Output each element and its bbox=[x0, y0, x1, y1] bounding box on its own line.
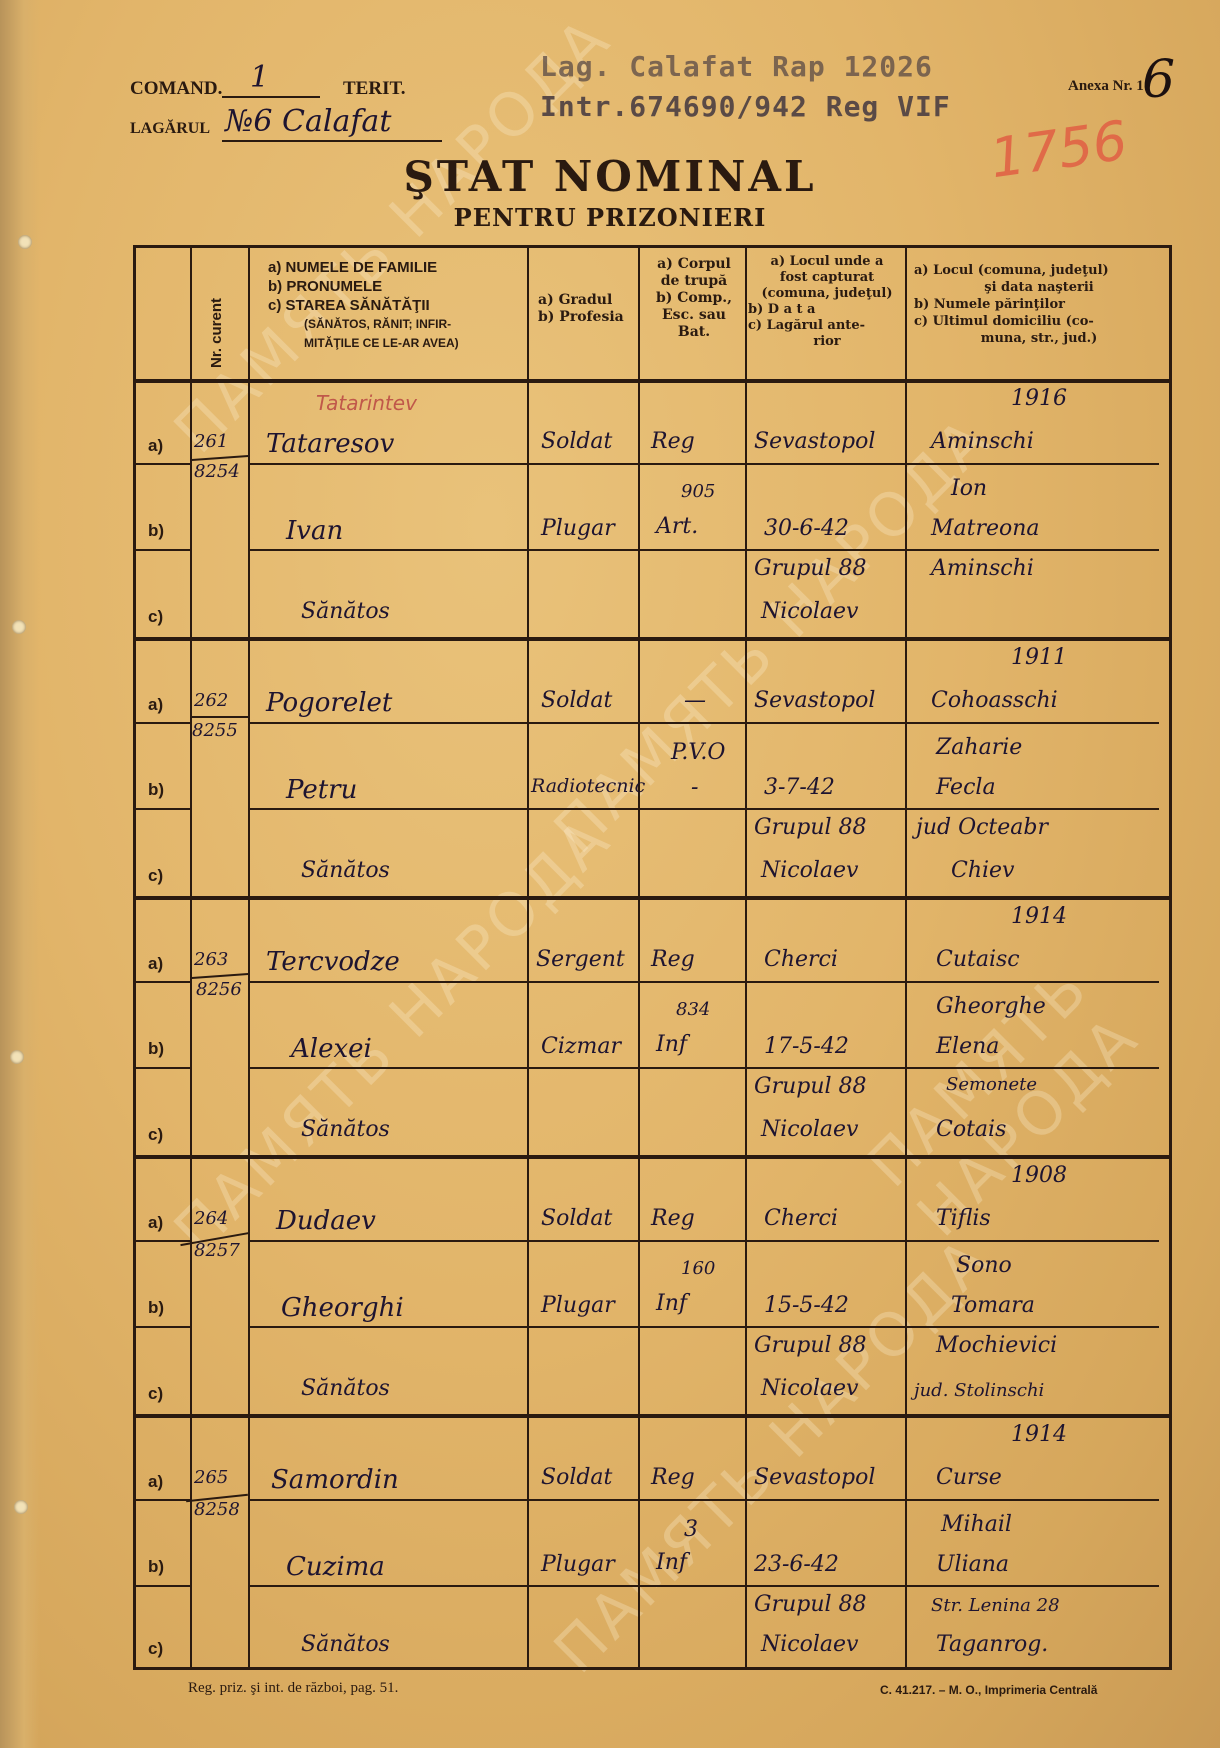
paper-edge bbox=[0, 0, 40, 1748]
registry-number: 8258 bbox=[194, 1499, 240, 1520]
surname-correction: Tatarintev bbox=[316, 391, 417, 415]
previous-camp-location: Nicolaev bbox=[761, 1117, 858, 1142]
header-line: muna, str., jud.) bbox=[914, 330, 1164, 347]
surname: Tataresov bbox=[266, 429, 394, 459]
profession: Cizmar bbox=[541, 1034, 621, 1059]
unit-a: Reg bbox=[651, 1465, 695, 1490]
sub-row-divider bbox=[136, 1585, 190, 1587]
capture-place: Sevastopol bbox=[754, 688, 875, 713]
header-line: (comuna, judeţul) bbox=[748, 286, 906, 302]
header-line: b) Comp., bbox=[644, 290, 744, 307]
row-letter-c: c) bbox=[148, 1639, 163, 1659]
surname: Pogorelet bbox=[266, 688, 392, 718]
birth-year: 1914 bbox=[1011, 1422, 1067, 1447]
header-line: fost capturat bbox=[748, 270, 906, 286]
header-line: a) NUMELE DE FAMILIE bbox=[268, 258, 518, 277]
rank: Soldat bbox=[541, 1465, 612, 1490]
domicile-line-1: Str. Lenina 28 bbox=[931, 1595, 1060, 1616]
sub-row-divider bbox=[248, 1067, 1159, 1069]
unit-a: — bbox=[684, 688, 706, 713]
unit-b-number: 3 bbox=[684, 1517, 698, 1542]
fraction-line bbox=[190, 716, 248, 718]
row-letter-a: a) bbox=[148, 954, 163, 974]
punch-hole bbox=[14, 1500, 28, 1514]
lagarul-underline bbox=[222, 140, 442, 142]
sub-row-divider bbox=[248, 1499, 1159, 1501]
comand-underline bbox=[222, 96, 320, 98]
row-letter-a: a) bbox=[148, 1472, 163, 1492]
sub-row-divider bbox=[248, 1240, 1159, 1242]
previous-camp-location: Nicolaev bbox=[761, 858, 858, 883]
birth-place: Cohoasschi bbox=[931, 688, 1058, 713]
unit-a: Reg bbox=[651, 1206, 695, 1231]
birth-place: Aminschi bbox=[931, 429, 1034, 454]
unit-b-number: 905 bbox=[681, 481, 715, 502]
firstname: Ivan bbox=[286, 516, 343, 546]
row-letter-b: b) bbox=[148, 1557, 164, 1577]
record-number: 264 bbox=[194, 1208, 228, 1229]
header-rank-col: a) Gradul b) Profesia bbox=[538, 292, 638, 326]
birth-year: 1914 bbox=[1011, 904, 1067, 929]
sub-row-divider bbox=[136, 722, 190, 724]
firstname: Gheorghi bbox=[281, 1293, 404, 1323]
birth-place: Cutaisc bbox=[936, 947, 1020, 972]
record-264: a) b) c) 264 8257 Dudaev Gheorghi Sănăto… bbox=[136, 1158, 1169, 1416]
row-letter-c: c) bbox=[148, 866, 163, 886]
capture-place: Sevastopol bbox=[754, 1465, 875, 1490]
domicile-line-1: Semonete bbox=[946, 1074, 1037, 1095]
record-265: a) b) c) 265 8258 Samordin Cuzima Sănăto… bbox=[136, 1417, 1169, 1670]
firstname: Cuzima bbox=[286, 1552, 385, 1582]
mother-name: Fecla bbox=[936, 775, 996, 800]
surname: Tercvodze bbox=[266, 947, 400, 977]
record-262: a) b) c) 262 8255 Pogorelet Petru Sănăto… bbox=[136, 640, 1169, 898]
header-line: a) Locul unde a bbox=[748, 254, 906, 270]
mother-name: Tomara bbox=[951, 1293, 1035, 1318]
mother-name: Matreona bbox=[931, 516, 1040, 541]
record-number: 263 bbox=[194, 949, 228, 970]
domicile-line-2: jud. Stolinschi bbox=[914, 1380, 1044, 1401]
birth-year: 1911 bbox=[1011, 645, 1067, 670]
sub-row-divider bbox=[248, 1585, 1159, 1587]
previous-camp: Grupul 88 bbox=[754, 815, 867, 840]
profession: Plugar bbox=[541, 1552, 615, 1577]
footer-reference: Reg. priz. şi int. de război, pag. 51. bbox=[188, 1680, 398, 1697]
header-line: b) PRONUMELE bbox=[268, 277, 518, 296]
row-letter-c: c) bbox=[148, 607, 163, 627]
health-status: Sănătos bbox=[301, 858, 390, 883]
previous-camp: Grupul 88 bbox=[754, 1333, 867, 1358]
comand-value: 1 bbox=[250, 60, 269, 95]
sub-row-divider bbox=[248, 1326, 1159, 1328]
header-line: Bat. bbox=[644, 324, 744, 341]
domicile-line-1: jud Octeabr bbox=[916, 815, 1048, 840]
surname: Samordin bbox=[271, 1465, 399, 1495]
domicile-line-2: Chiev bbox=[951, 858, 1015, 883]
father-name: Sono bbox=[956, 1253, 1012, 1278]
header-line: a) Locul (comuna, judeţul) bbox=[914, 262, 1164, 279]
stamp-line-1: Lag. Calafat Rap 12026 bbox=[540, 50, 933, 83]
rank: Sergent bbox=[536, 947, 625, 972]
unit-b-type: Inf bbox=[656, 1032, 687, 1057]
anexa-label: Anexa Nr. 1 bbox=[1068, 78, 1144, 95]
registry-number: 8255 bbox=[192, 720, 238, 741]
unit-b-type: Art. bbox=[656, 514, 698, 539]
record-261: a) b) c) 261 8254 Tatarintev Tataresov I… bbox=[136, 381, 1169, 639]
page-subtitle: PENTRU PRIZONIERI bbox=[0, 203, 1220, 232]
punch-hole bbox=[12, 620, 26, 634]
capture-place: Sevastopol bbox=[754, 429, 875, 454]
record-number: 262 bbox=[194, 690, 228, 711]
capture-place: Cherci bbox=[764, 947, 838, 972]
record-number: 265 bbox=[194, 1467, 228, 1488]
previous-camp: Grupul 88 bbox=[754, 1074, 867, 1099]
header-unit-col: a) Corpul de trupă b) Comp., Esc. sau Ba… bbox=[644, 256, 744, 341]
rank: Soldat bbox=[541, 688, 612, 713]
header-line: c) STAREA SĂNĂTĂŢII bbox=[268, 296, 518, 315]
registry-number: 8254 bbox=[194, 461, 240, 482]
health-status: Sănătos bbox=[301, 1632, 390, 1657]
page-title: ŞTAT NOMINAL bbox=[0, 152, 1220, 201]
rank: Soldat bbox=[541, 429, 612, 454]
sub-row-divider bbox=[248, 808, 1159, 810]
father-name: Zaharie bbox=[936, 735, 1022, 760]
row-letter-c: c) bbox=[148, 1384, 163, 1404]
firstname: Alexei bbox=[291, 1034, 372, 1064]
header-line: b) Numele părinţilor bbox=[914, 296, 1164, 313]
header-line: (SĂNĂTOS, RĂNIT; INFIR- bbox=[268, 315, 518, 334]
unit-a: Reg bbox=[651, 429, 695, 454]
registry-number: 8256 bbox=[196, 979, 242, 1000]
domicile-line-2: Cotais bbox=[936, 1117, 1006, 1142]
row-letter-c: c) bbox=[148, 1125, 163, 1145]
unit-b-number: 160 bbox=[681, 1258, 715, 1279]
row-letter-b: b) bbox=[148, 521, 164, 541]
sub-row-divider bbox=[248, 722, 1159, 724]
sub-row-divider bbox=[248, 463, 1159, 465]
mother-name: Uliana bbox=[936, 1552, 1009, 1577]
capture-date: 30-6-42 bbox=[764, 516, 849, 541]
health-status: Sănătos bbox=[301, 599, 390, 624]
unit-a: Reg bbox=[651, 947, 695, 972]
sub-row-divider bbox=[136, 1326, 190, 1328]
header-line: şi data naşterii bbox=[914, 279, 1164, 296]
capture-date: 15-5-42 bbox=[764, 1293, 849, 1318]
sub-row-divider bbox=[136, 1499, 190, 1501]
row-letter-b: b) bbox=[148, 780, 164, 800]
comand-label: COMAND. bbox=[130, 78, 222, 100]
row-letter-a: a) bbox=[148, 1213, 163, 1233]
birth-year: 1916 bbox=[1011, 386, 1067, 411]
domicile-line-2: Taganrog. bbox=[936, 1632, 1048, 1657]
header-name-col: a) NUMELE DE FAMILIE b) PRONUMELE c) STA… bbox=[268, 258, 518, 353]
mother-name: Elena bbox=[936, 1034, 999, 1059]
father-name: Mihail bbox=[941, 1512, 1012, 1537]
row-letter-b: b) bbox=[148, 1298, 164, 1318]
header-nr-curent: Nr. curent bbox=[208, 298, 225, 368]
header-line: de trupă bbox=[644, 273, 744, 290]
surname: Dudaev bbox=[276, 1206, 376, 1236]
birth-place: Curse bbox=[936, 1465, 1002, 1490]
unit-b-type: Inf bbox=[656, 1550, 687, 1575]
sub-row-divider bbox=[136, 549, 190, 551]
header-line: b) D a t a bbox=[748, 302, 906, 318]
capture-date: 23-6-42 bbox=[754, 1552, 839, 1577]
sub-row-divider bbox=[136, 981, 190, 983]
previous-camp-location: Nicolaev bbox=[761, 1376, 858, 1401]
firstname: Petru bbox=[286, 775, 357, 805]
punch-hole bbox=[10, 1050, 24, 1064]
sub-row-divider bbox=[136, 463, 190, 465]
sub-row-divider bbox=[136, 1240, 190, 1242]
row-letter-a: a) bbox=[148, 695, 163, 715]
header-line: c) Ultimul domiciliu (co- bbox=[914, 313, 1164, 330]
header-line: a) Corpul bbox=[644, 256, 744, 273]
unit-b-type: - bbox=[691, 775, 698, 800]
father-name: Gheorghe bbox=[936, 994, 1046, 1019]
health-status: Sănătos bbox=[301, 1376, 390, 1401]
unit-b-type: Inf bbox=[656, 1291, 687, 1316]
header-line: c) Lagărul ante- bbox=[748, 318, 906, 334]
sub-row-divider bbox=[136, 1067, 190, 1069]
record-number: 261 bbox=[194, 431, 228, 452]
terit-label: TERIT. bbox=[343, 78, 405, 100]
domicile-line-1: Aminschi bbox=[931, 556, 1034, 581]
father-name: Ion bbox=[951, 476, 987, 501]
lagarul-value: №6 Calafat bbox=[225, 104, 391, 139]
profession: Radiotecnic bbox=[531, 775, 645, 797]
stamp-line-2: Intr.674690/942 Reg VIF bbox=[540, 90, 951, 123]
unit-b-number: 834 bbox=[676, 999, 710, 1020]
anexa-handwritten-number: 6 bbox=[1142, 50, 1175, 110]
rank: Soldat bbox=[541, 1206, 612, 1231]
row-letter-b: b) bbox=[148, 1039, 164, 1059]
record-263: a) b) c) 263 8256 Tercvodze Alexei Sănăt… bbox=[136, 899, 1169, 1157]
header-line: MITĂŢILE CE LE-AR AVEA) bbox=[268, 334, 518, 353]
previous-camp-location: Nicolaev bbox=[761, 599, 858, 624]
sub-row-divider bbox=[136, 808, 190, 810]
sub-row-divider bbox=[248, 981, 1159, 983]
registry-number: 8257 bbox=[194, 1240, 240, 1261]
header-line: rior bbox=[748, 334, 906, 350]
capture-date: 3-7-42 bbox=[764, 775, 835, 800]
footer-printer: C. 41.217. – M. O., Imprimeria Centrală bbox=[880, 1683, 1097, 1697]
previous-camp: Grupul 88 bbox=[754, 1592, 867, 1617]
punch-hole bbox=[18, 235, 32, 249]
prisoner-table: Nr. curent a) NUMELE DE FAMILIE b) PRONU… bbox=[133, 245, 1172, 1670]
sub-row-divider bbox=[248, 549, 1159, 551]
previous-camp-location: Nicolaev bbox=[761, 1632, 858, 1657]
previous-camp: Grupul 88 bbox=[754, 556, 867, 581]
header-line: Esc. sau bbox=[644, 307, 744, 324]
header-capture-col: a) Locul unde a fost capturat (comuna, j… bbox=[748, 254, 906, 350]
header-birth-col: a) Locul (comuna, judeţul) şi data naşte… bbox=[914, 262, 1164, 347]
birth-year: 1908 bbox=[1011, 1163, 1067, 1188]
profession: Plugar bbox=[541, 1293, 615, 1318]
capture-date: 17-5-42 bbox=[764, 1034, 849, 1059]
profession: Plugar bbox=[541, 516, 615, 541]
health-status: Sănătos bbox=[301, 1117, 390, 1142]
capture-place: Cherci bbox=[764, 1206, 838, 1231]
row-letter-a: a) bbox=[148, 436, 163, 456]
unit-b-number: P.V.O bbox=[671, 740, 725, 765]
domicile-line-1: Mochievici bbox=[936, 1333, 1057, 1358]
birth-place: Tiflis bbox=[936, 1206, 991, 1231]
lagarul-label: LAGĂRUL bbox=[130, 120, 210, 138]
header-line: a) Gradul bbox=[538, 292, 638, 309]
header-line: b) Profesia bbox=[538, 309, 638, 326]
